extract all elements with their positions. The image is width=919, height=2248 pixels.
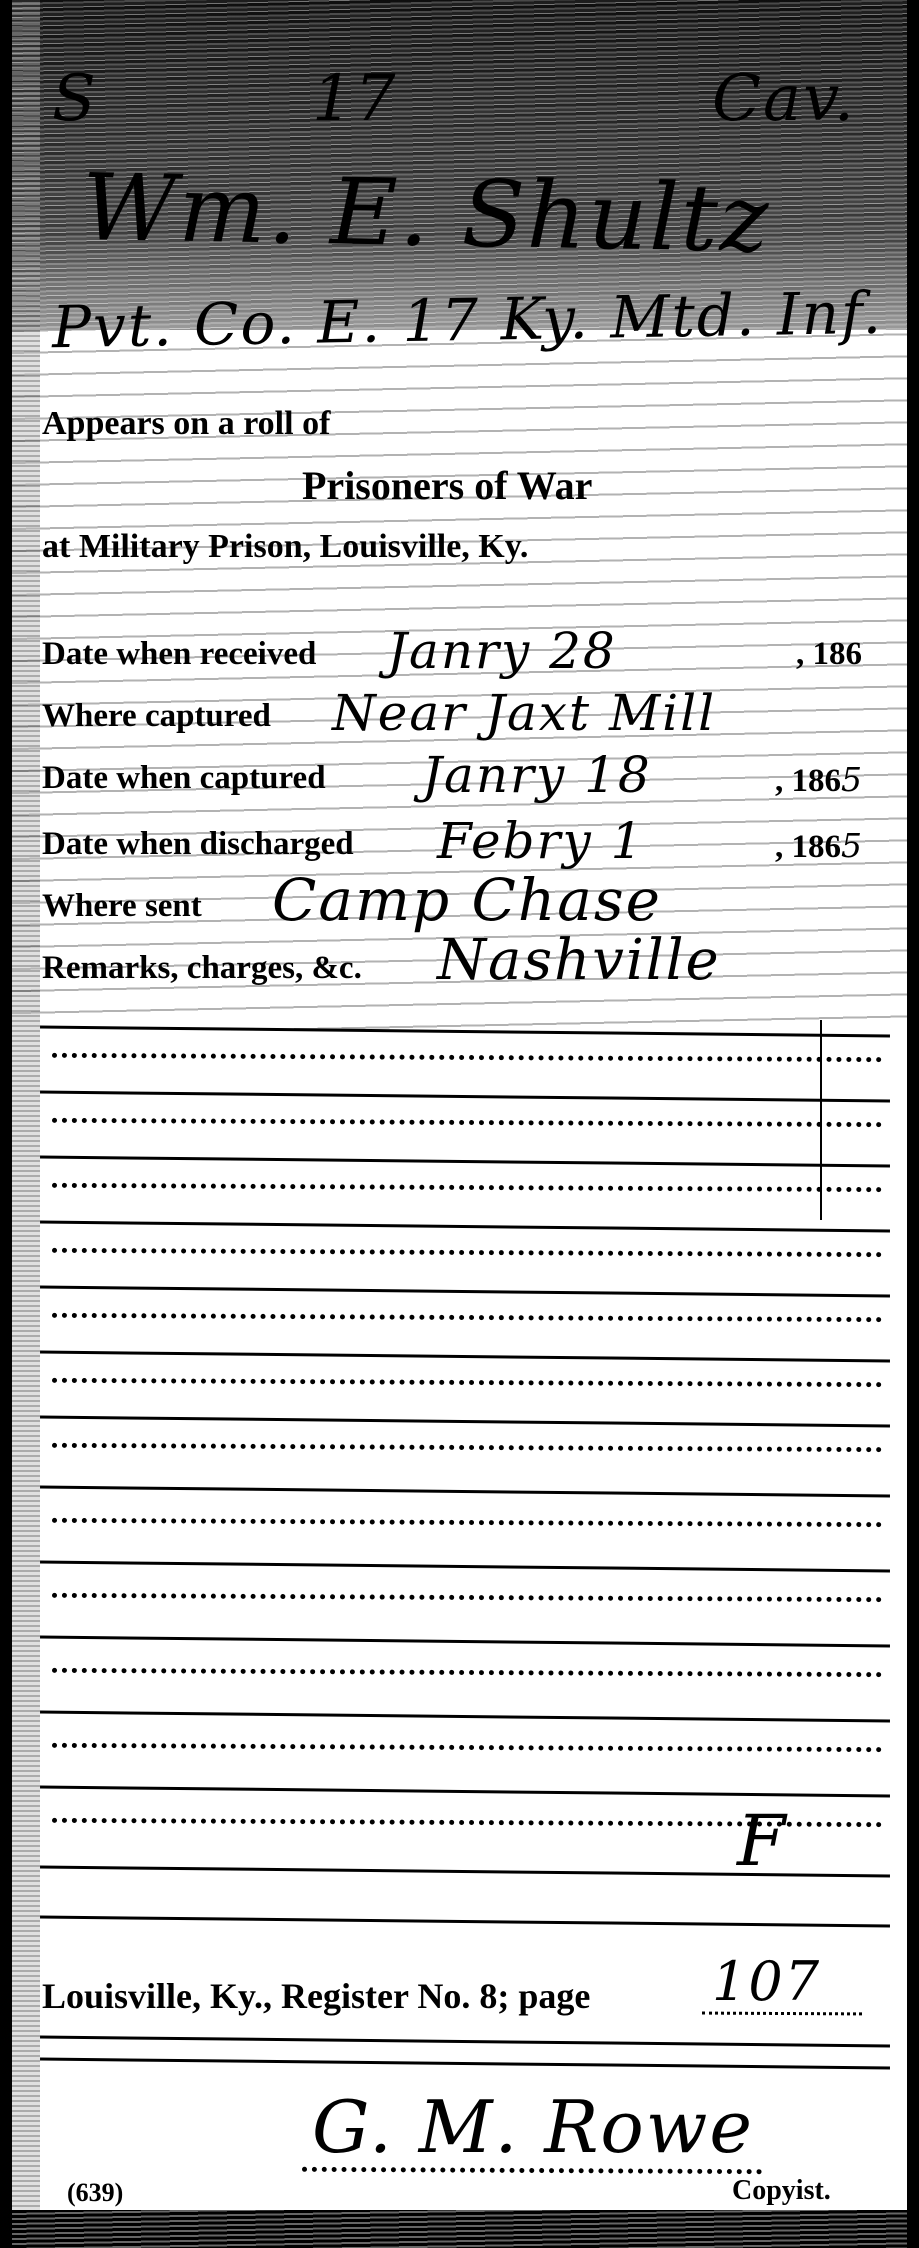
rule-line	[40, 1416, 890, 1428]
dotted-line	[52, 1518, 882, 1527]
rule-line	[40, 1351, 890, 1363]
field-value: Febry 1	[437, 812, 644, 870]
field-year: , 1865	[775, 760, 862, 800]
rule-line	[40, 1091, 890, 1103]
dotted-line	[52, 1378, 882, 1387]
rule-line	[40, 1221, 890, 1233]
field-label: Date when captured	[42, 760, 326, 797]
margin-line	[820, 1020, 822, 1220]
dotted-line	[52, 1313, 882, 1322]
dotted-line	[52, 1443, 882, 1452]
footer-texture	[12, 2210, 907, 2248]
register-page-value: 107	[712, 1950, 821, 2013]
rule-line	[40, 2036, 890, 2048]
roll-title: Prisoners of War	[302, 462, 592, 509]
rule-line	[40, 2058, 890, 2070]
register-label: Louisville, Ky., Register No. 8; page	[42, 1975, 590, 2017]
rule-line	[40, 1786, 890, 1798]
field-value: Janry 28	[387, 622, 617, 680]
field-label: Where captured	[42, 698, 271, 735]
rule-line	[40, 1156, 890, 1168]
field-value: Near Jaxt Mill	[332, 684, 716, 742]
dotted-line	[52, 1118, 882, 1127]
field-label: Where sent	[42, 888, 202, 925]
field-year: , 1865	[775, 826, 862, 866]
field-date-captured: Date when captured Janry 18 , 1865	[42, 752, 902, 810]
field-remarks: Remarks, charges, &c. Nashville	[42, 942, 902, 1000]
stray-mark: F	[737, 1800, 788, 1882]
rule-line	[40, 1711, 890, 1723]
copyist-label: Copyist.	[732, 2175, 831, 2207]
field-date-received: Date when received Janry 28 , 186	[42, 628, 902, 686]
field-label: Date when discharged	[42, 826, 354, 863]
scan-edge	[12, 0, 40, 2248]
copyist-signature: G. M. Rowe	[312, 2085, 754, 2169]
header-arm: Cav.	[712, 62, 856, 136]
roll-location: at Military Prison, Louisville, Ky.	[42, 528, 528, 566]
dotted-line	[52, 1248, 882, 1257]
appears-on-roll-label: Appears on a roll of	[42, 405, 330, 443]
header-state: S	[52, 62, 98, 136]
rank-company-unit: Pvt. Co. E. 17 Ky. Mtd. Inf.	[51, 279, 883, 361]
soldier-name: Wm. E. Shultz	[81, 154, 771, 273]
rule-line	[40, 1636, 890, 1648]
rule-line	[40, 1561, 890, 1573]
rule-line	[40, 1486, 890, 1498]
pow-record-card: S 17 Cav. Wm. E. Shultz Pvt. Co. E. 17 K…	[12, 0, 907, 2248]
field-year: , 186	[796, 636, 862, 673]
field-label: Date when received	[42, 636, 316, 673]
rule-line	[40, 1916, 890, 1928]
dotted-line	[52, 1593, 882, 1602]
header-regiment-number: 17	[312, 62, 397, 136]
field-value: Janry 18	[422, 746, 652, 804]
dotted-line	[702, 2012, 862, 2016]
field-value: Nashville	[437, 928, 721, 993]
dotted-line	[52, 1053, 882, 1062]
form-number: (639)	[67, 2178, 123, 2208]
field-where-captured: Where captured Near Jaxt Mill	[42, 690, 902, 748]
dotted-line	[52, 1743, 882, 1752]
rule-line	[40, 1286, 890, 1298]
signature-line	[302, 2167, 762, 2174]
field-value: Camp Chase	[272, 866, 662, 934]
dotted-line	[52, 1183, 882, 1192]
dotted-line	[52, 1668, 882, 1677]
field-label: Remarks, charges, &c.	[42, 950, 362, 987]
